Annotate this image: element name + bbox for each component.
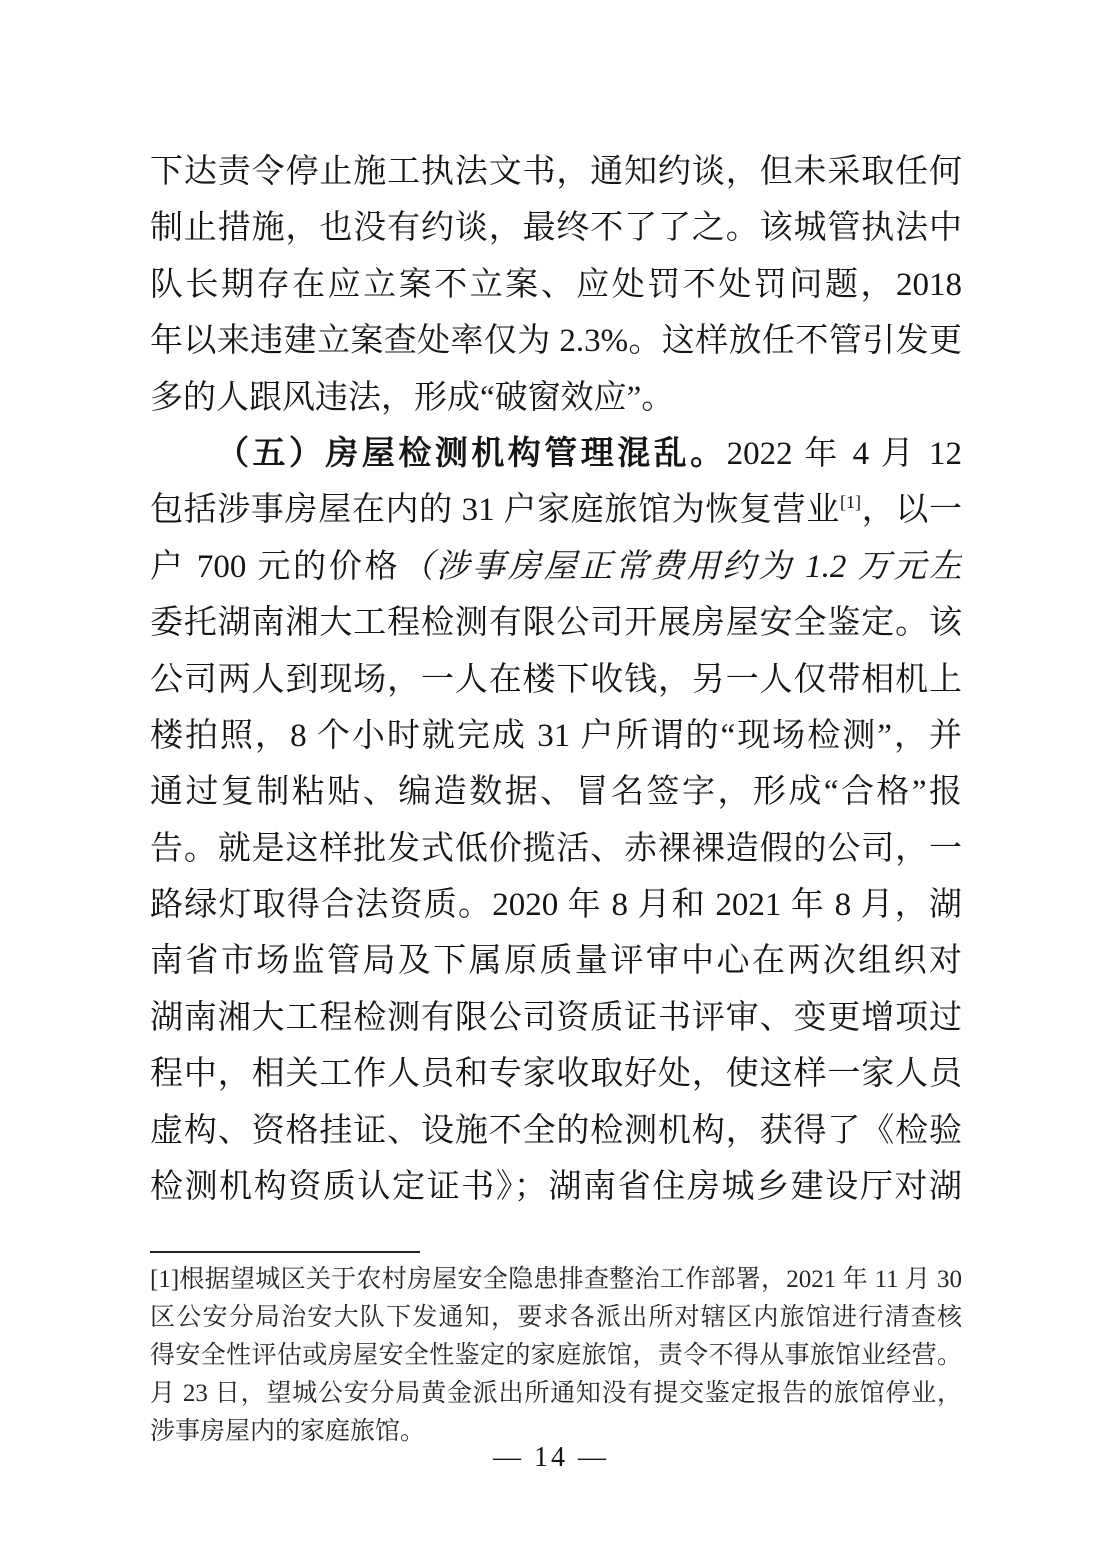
text-line: 制止措施，也没有约谈，最终不了了之。该城管执法中 [150, 200, 962, 256]
text-line: 湖南湘大工程检测有限公司资质证书评审、变更增项过 [150, 990, 962, 1046]
text-line: 通过复制粘贴、编造数据、冒名签字，形成“合格”报 [150, 764, 962, 820]
footnote-separator [150, 1251, 420, 1253]
page-number: — 14 — [0, 1442, 1102, 1474]
text-line: 检测机构资质认定证书》；湖南省住房城乡建设厅对湖 [150, 1159, 962, 1215]
text-line: 包括涉事房屋在内的 31 户家庭旅馆为恢复营业[1]，以一 [150, 482, 962, 538]
text-line: 告。就是这样批发式低价揽活、赤裸裸造假的公司，一 [150, 821, 962, 877]
text-segment: 包括涉事房屋在内的 31 户家庭旅馆为恢复营业 [150, 492, 840, 528]
text-line: 路绿灯取得合法资质。2020 年 8 月和 2021 年 8 月，湖 [150, 877, 962, 933]
footnote-reference-marker: [1] [840, 492, 861, 512]
footnote: [1]根据望城区关于农村房屋安全隐患排查整治工作部署，2021 年 11 月 3… [150, 1261, 962, 1451]
footnote-line: 区公安分局治安大队下发通知，要求各派出所对辖区内旅馆进行清查核查，没有取 [150, 1299, 962, 1337]
text-line: 户 700 元的价格（涉事房屋正常费用约为 1.2 万元左右）， [150, 539, 962, 595]
text-segment: 户 700 元的价格 [150, 549, 401, 585]
text-line: 委托湖南湘大工程检测有限公司开展房屋安全鉴定。该 [150, 595, 962, 651]
text-line: 楼拍照，8 个小时就完成 31 户所谓的“现场检测”，并 [150, 708, 962, 764]
text-line: 虚构、资格挂证、设施不全的检测机构，获得了《检验 [150, 1103, 962, 1159]
footnote-line: [1]根据望城区关于农村房屋安全隐患排查整治工作部署，2021 年 11 月 3… [150, 1261, 962, 1299]
text-line: 程中，相关工作人员和专家收取好处，使这样一家人员 [150, 1046, 962, 1102]
body-text: 下达责令停止施工执法文书，通知约谈，但未采取任何 制止措施，也没有约谈，最终不了… [150, 144, 962, 1215]
text-line-section-start: （五）房屋检测机构管理混乱。2022 年 4 月 12 日， [150, 426, 962, 482]
text-line: 多的人跟风违法，形成“破窗效应”。 [150, 370, 962, 426]
section-heading: （五）房屋检测机构管理混乱。 [216, 436, 727, 472]
document-page: 下达责令停止施工执法文书，通知约谈，但未采取任何 制止措施，也没有约谈，最终不了… [0, 0, 1102, 1559]
text-line: 下达责令停止施工执法文书，通知约谈，但未采取任何 [150, 144, 962, 200]
text-line: 年以来违建立案查处率仅为 2.3%。这样放任不管引发更 [150, 313, 962, 369]
footnote-line: 得安全性评估或房屋安全性鉴定的家庭旅馆，责令不得从事旅馆业经营。2022 年 3 [150, 1337, 962, 1375]
text-line: 队长期存在应立案不立案、应处罚不处罚问题，2018 [150, 257, 962, 313]
text-segment: ，以一 [861, 492, 962, 528]
text-line: 公司两人到现场，一人在楼下收钱，另一人仅带相机上 [150, 652, 962, 708]
footnote-line: 月 23 日，望城公安分局黄金派出所通知没有提交鉴定报告的旅馆停业，其中包括 [150, 1375, 962, 1413]
text-line: 南省市场监管局及下属原质量评审中心在两次组织对 [150, 933, 962, 989]
